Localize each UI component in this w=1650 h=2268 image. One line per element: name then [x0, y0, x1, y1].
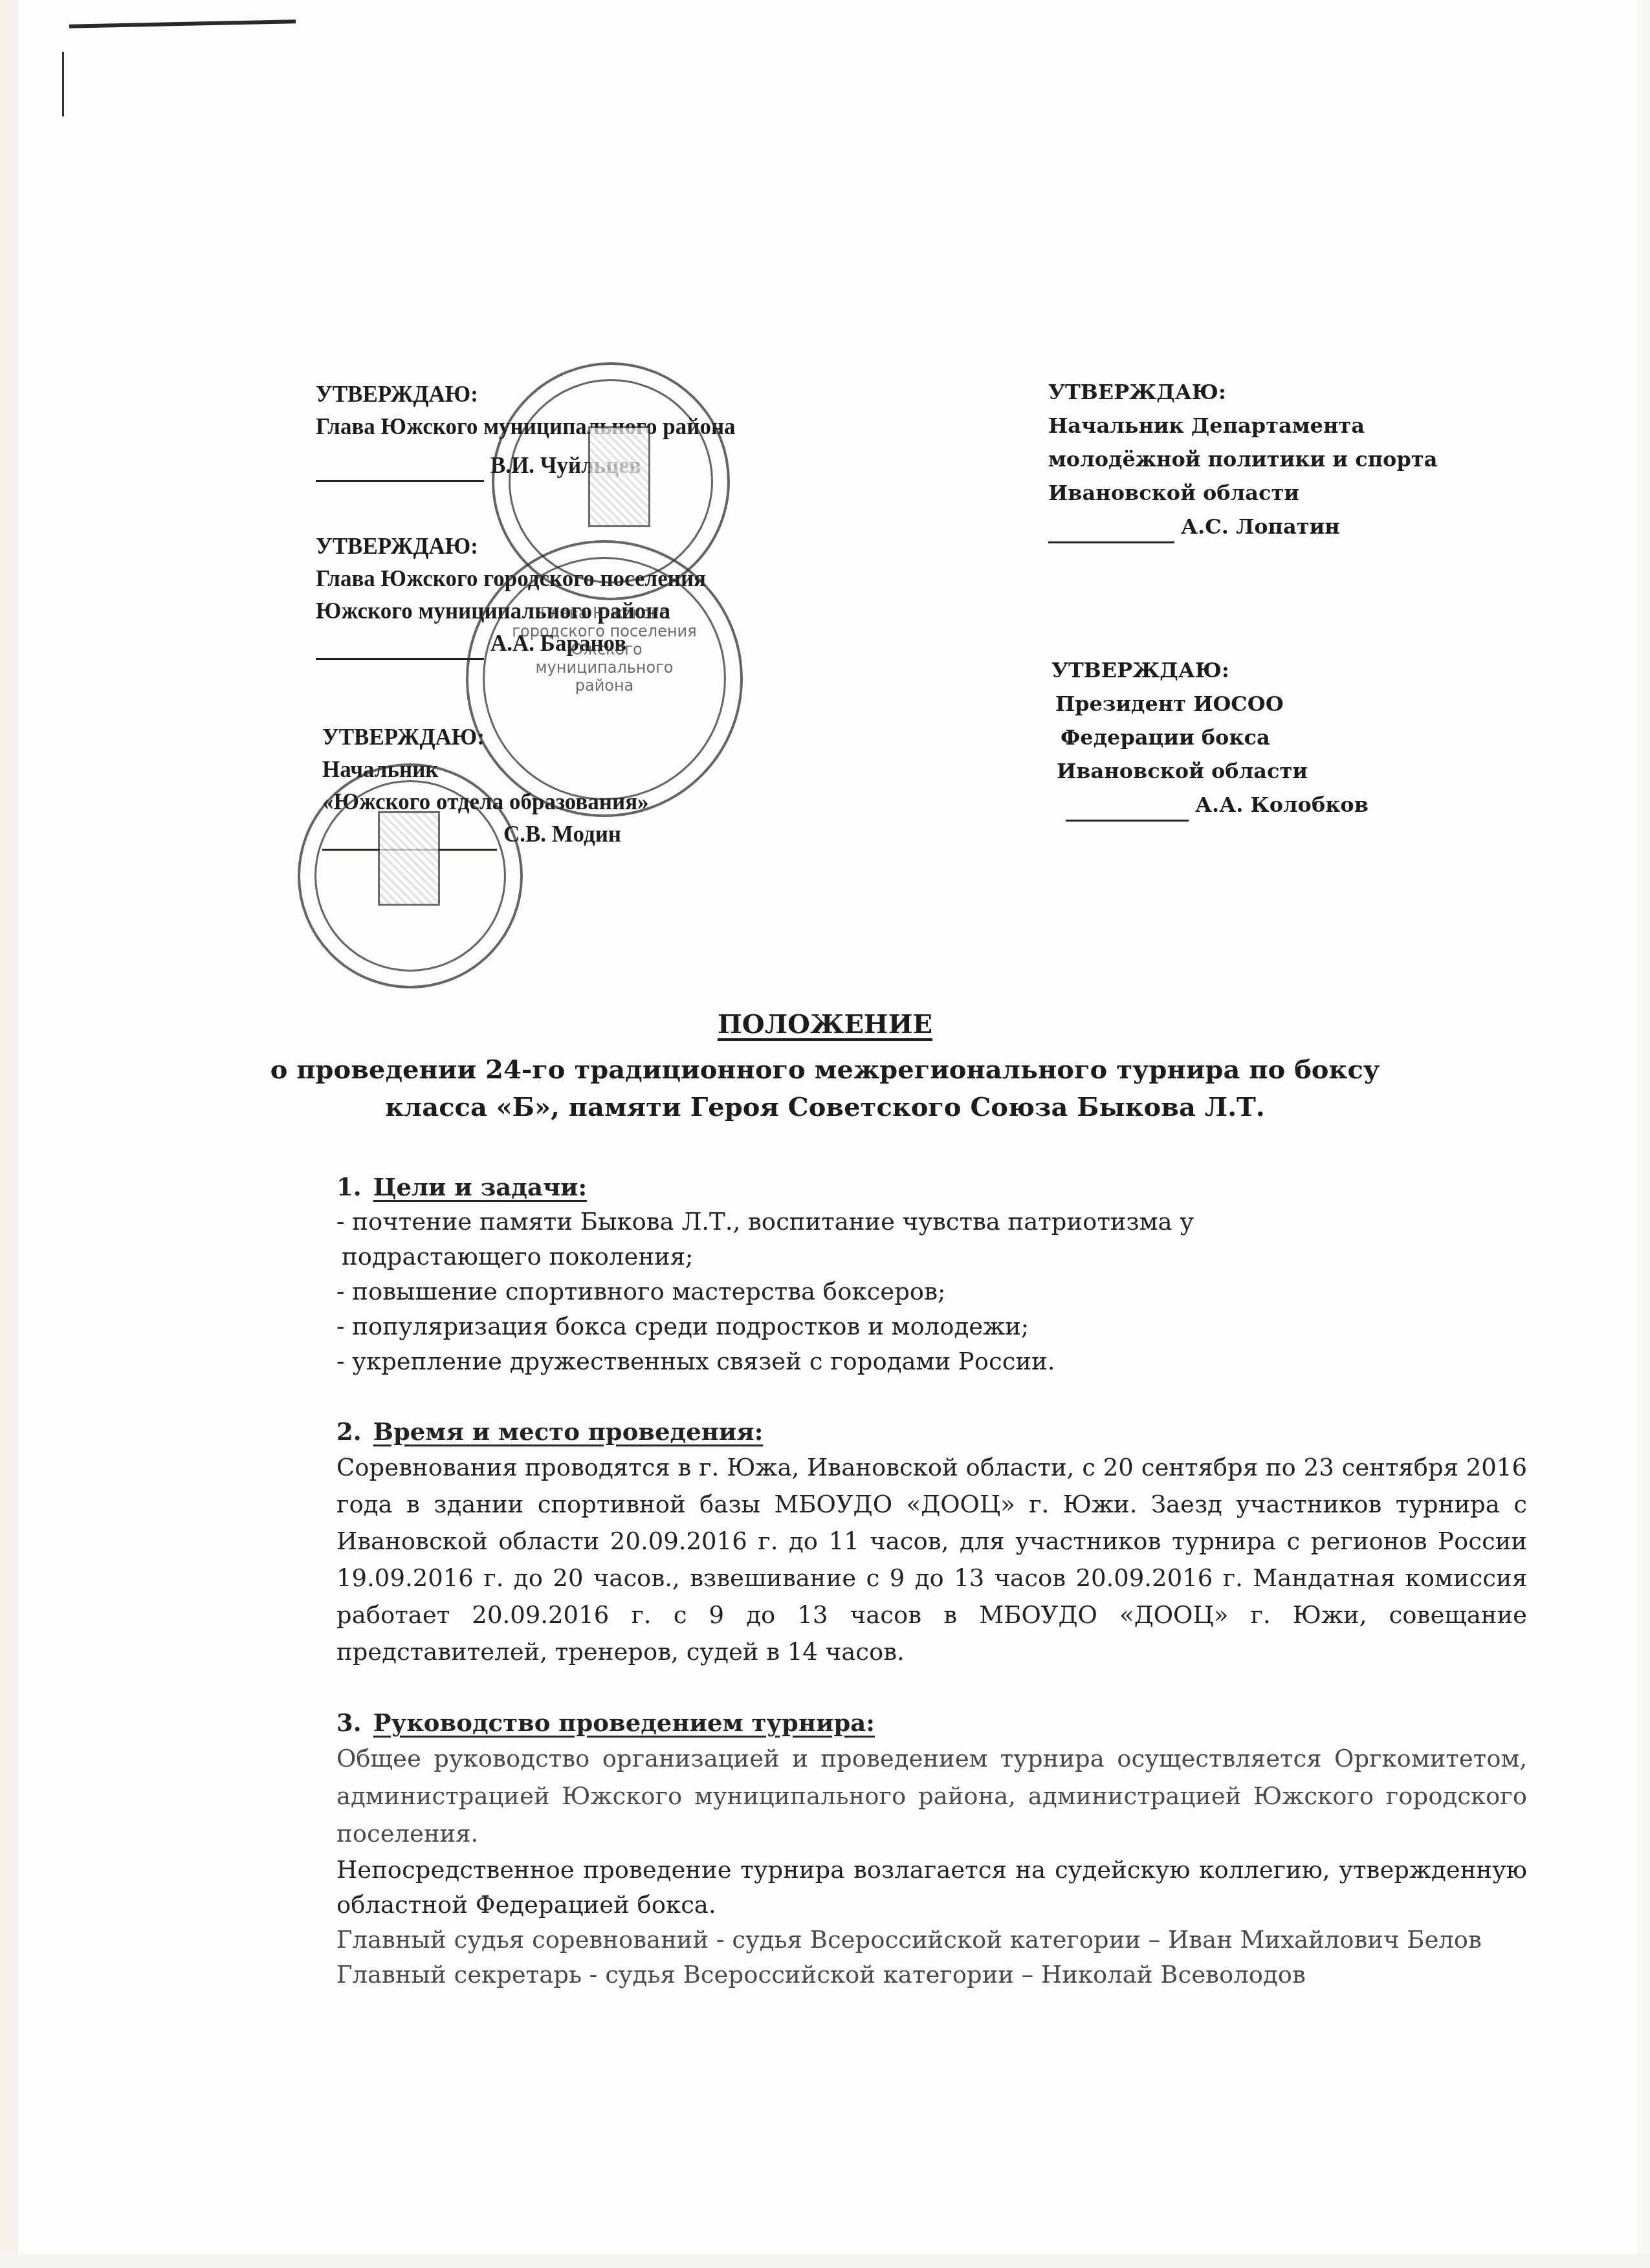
- section-title: Руководство проведением турнира:: [373, 1708, 875, 1737]
- section-goals: 1.Цели и задачи: - почтение памяти Быков…: [336, 1170, 1527, 1379]
- section-paragraph: Главный судья соревнований - судья Всеро…: [336, 1923, 1527, 1957]
- signatory-name: А.А. Колобков: [1195, 792, 1369, 817]
- approval-heading: УТВЕРЖДАЮ:: [1051, 653, 1369, 687]
- approval-position: Ивановской области: [1051, 754, 1369, 788]
- approval-signature: А.А. Колобков: [1051, 788, 1369, 822]
- signatory-name: А.А. Баранов: [490, 631, 626, 656]
- subtitle-line: о проведении 24-го традиционного межреги…: [0, 1051, 1650, 1089]
- document-subtitle: о проведении 24-го традиционного межреги…: [0, 1051, 1650, 1126]
- section-paragraph: Соревнования проводятся в г. Южа, Иванов…: [336, 1449, 1527, 1670]
- approval-heading: УТВЕРЖДАЮ:: [322, 721, 649, 754]
- list-item: - почтение памяти Быкова Л.Т., воспитани…: [336, 1205, 1527, 1239]
- section-title: Время и место проведения:: [373, 1417, 764, 1446]
- approval-position: «Южского отдела образования»: [322, 786, 649, 818]
- list-item: - популяризация бокса среди подростков и…: [336, 1309, 1527, 1344]
- signatory-name: В.И. Чуйльцев: [490, 453, 641, 478]
- section-title: Цели и задачи:: [373, 1173, 587, 1201]
- section-number: 3.: [336, 1708, 362, 1737]
- approval-heading: УТВЕРЖДАЮ:: [316, 530, 706, 563]
- list-item: подрастающего поколения;: [336, 1239, 1527, 1274]
- approval-position: Президент ИОСОО: [1051, 687, 1369, 721]
- list-item: - укрепление дружественных связей с горо…: [336, 1344, 1527, 1379]
- signatory-name: С.В. Модин: [503, 822, 621, 847]
- approval-position: молодёжной политики и спорта: [1048, 442, 1437, 476]
- signature-line: [1048, 541, 1174, 543]
- approval-position: Южского муниципального района: [316, 595, 706, 627]
- approval-position: Начальник Департамента: [1048, 409, 1437, 442]
- approval-block-boxing-federation: УТВЕРЖДАЮ: Президент ИОСОО Федерации бок…: [1051, 653, 1369, 822]
- approval-block-settlement-head: УТВЕРЖДАЮ: Глава Южского городского посе…: [316, 530, 706, 660]
- scan-mark-top: [69, 19, 296, 28]
- approval-position: Федерации бокса: [1051, 721, 1369, 754]
- approval-signature: В.И. Чуйльцев: [316, 450, 736, 482]
- section-paragraph: Главный секретарь - судья Всероссийской …: [336, 1957, 1527, 1992]
- approval-block-education-head: УТВЕРЖДАЮ: Начальник «Южского отдела обр…: [322, 721, 649, 851]
- approval-position: Глава Южского городского поселения: [316, 563, 706, 595]
- signatory-name: А.С. Лопатин: [1181, 514, 1340, 539]
- signature-line: [316, 658, 484, 660]
- approval-position: Глава Южского муниципального района: [316, 411, 736, 443]
- section-time-place: 2.Время и место проведения: Соревнования…: [336, 1414, 1527, 1670]
- approval-heading: УТВЕРЖДАЮ:: [316, 378, 736, 411]
- scan-edge-bottom: [0, 2254, 1650, 2268]
- section-number: 2.: [336, 1417, 362, 1446]
- document-body: 1.Цели и задачи: - почтение памяти Быков…: [336, 1170, 1527, 2027]
- approval-signature: А.А. Баранов: [316, 627, 706, 660]
- signature-line: [316, 480, 484, 482]
- section-heading: 3.Руководство проведением турнира:: [336, 1705, 1527, 1740]
- section-paragraph: Общее руководство организацией и проведе…: [336, 1740, 1527, 1853]
- signature-line: [1066, 820, 1189, 822]
- approval-block-youth-dept: УТВЕРЖДАЮ: Начальник Департамента молодё…: [1048, 375, 1437, 543]
- approval-position: Ивановской области: [1048, 476, 1437, 510]
- approval-position: Начальник: [322, 754, 649, 786]
- document-title: ПОЛОЖЕНИЕ: [0, 1009, 1650, 1040]
- signature-line: [322, 849, 497, 851]
- approval-heading: УТВЕРЖДАЮ:: [1048, 375, 1437, 409]
- list-item: - повышение спортивного мастерства боксе…: [336, 1274, 1527, 1309]
- scan-mark-vertical: [62, 52, 64, 116]
- scan-edge-right: [1637, 0, 1650, 2268]
- scan-edge-left: [0, 0, 18, 2268]
- section-number: 1.: [336, 1173, 362, 1201]
- approval-signature: А.С. Лопатин: [1048, 510, 1437, 543]
- section-paragraph: Непосредственное проведение турнира возл…: [336, 1853, 1527, 1923]
- section-management: 3.Руководство проведением турнира: Общее…: [336, 1705, 1527, 1992]
- approval-signature: С.В. Модин: [322, 818, 649, 851]
- section-heading: 2.Время и место проведения:: [336, 1414, 1527, 1449]
- approval-block-district-head: УТВЕРЖДАЮ: Глава Южского муниципального …: [316, 378, 736, 482]
- section-heading: 1.Цели и задачи:: [336, 1170, 1527, 1205]
- subtitle-line: класса «Б», памяти Героя Советского Союз…: [0, 1089, 1650, 1126]
